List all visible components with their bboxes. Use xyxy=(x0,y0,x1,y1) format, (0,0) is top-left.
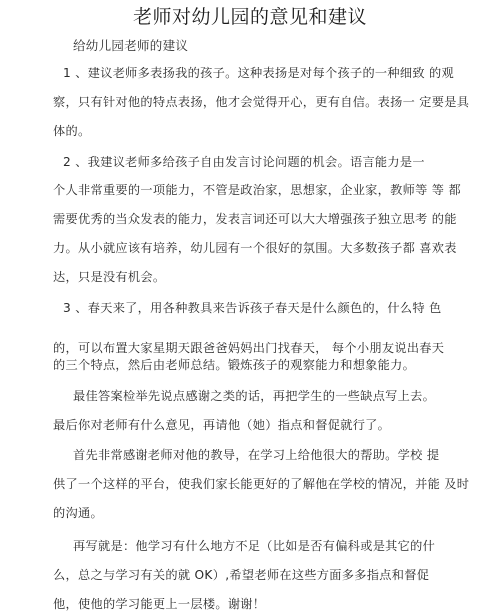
paragraph-line: 的，可以布置大家星期天跟爸爸妈妈出门找春天， 每个小朋友说出春天 xyxy=(53,339,444,356)
paragraph-line: 2 、我建议老师多给孩子自由发言讨论问题的机会。语言能力是一 xyxy=(63,153,425,170)
paragraph-line: 体的。 xyxy=(53,122,90,139)
paragraph-line: 3 、春天来了，用各种教具来告诉孩子春天是什么颜色的，什么特 色 xyxy=(63,299,442,316)
paragraph-line: 的沟通。 xyxy=(53,504,103,521)
paragraph-line: 他，使他的学习能更上一层楼。谢谢！ xyxy=(53,595,265,612)
paragraph-line: 供了一个这样的平台，使我们家长能更好的了解他在学校的情况，并能 及时 xyxy=(53,475,469,492)
paragraph-line: 最后你对老师有什么意见，再请他（她）指点和督促就行了。 xyxy=(53,416,390,433)
paragraph-line: 达，只是没有机会。 xyxy=(53,268,165,285)
document-title: 老师对幼儿园的意见和建议 xyxy=(0,2,500,29)
paragraph-line: 需要优秀的当众发表的能力，发表言词还可以大大增强孩子独立思考 的能 xyxy=(53,210,457,227)
paragraph-line: 再写就是：他学习有什么地方不足（比如是否有偏科或是其它的什 xyxy=(73,537,435,554)
paragraph-line: 的三个特点，然后由老师总结。锻炼孩子的观察能力和想象能力。 xyxy=(53,356,415,373)
paragraph-line: 1 、建议老师多表扬我的孩子。这种表扬是对每个孩子的一种细致 的观 xyxy=(63,64,454,81)
paragraph-line: 首先非常感谢老师对他的教导，在学习上给他很大的帮助。学校 提 xyxy=(73,446,439,463)
document-subtitle: 给幼儿园老师的建议 xyxy=(73,36,188,54)
paragraph-line: 力。从小就应该有培养，幼儿园有一个很好的氛围。大多数孩子都 喜欢表 xyxy=(53,239,457,256)
paragraph-line: 察，只有针对他的特点表扬，他才会觉得开心，更有自信。表扬一 定要是具 xyxy=(53,93,469,110)
paragraph-line: 么，总之与学习有关的就 OK）,希望老师在这些方面多多指点和督促 xyxy=(53,566,429,583)
paragraph-line: 个人非常重要的一项能力，不管是政治家，思想家，企业家，教师等 等 都 xyxy=(53,181,461,198)
paragraph-line: 最佳答案检举先说点感谢之类的话，再把学生的一些缺点写上去。 xyxy=(73,387,435,404)
